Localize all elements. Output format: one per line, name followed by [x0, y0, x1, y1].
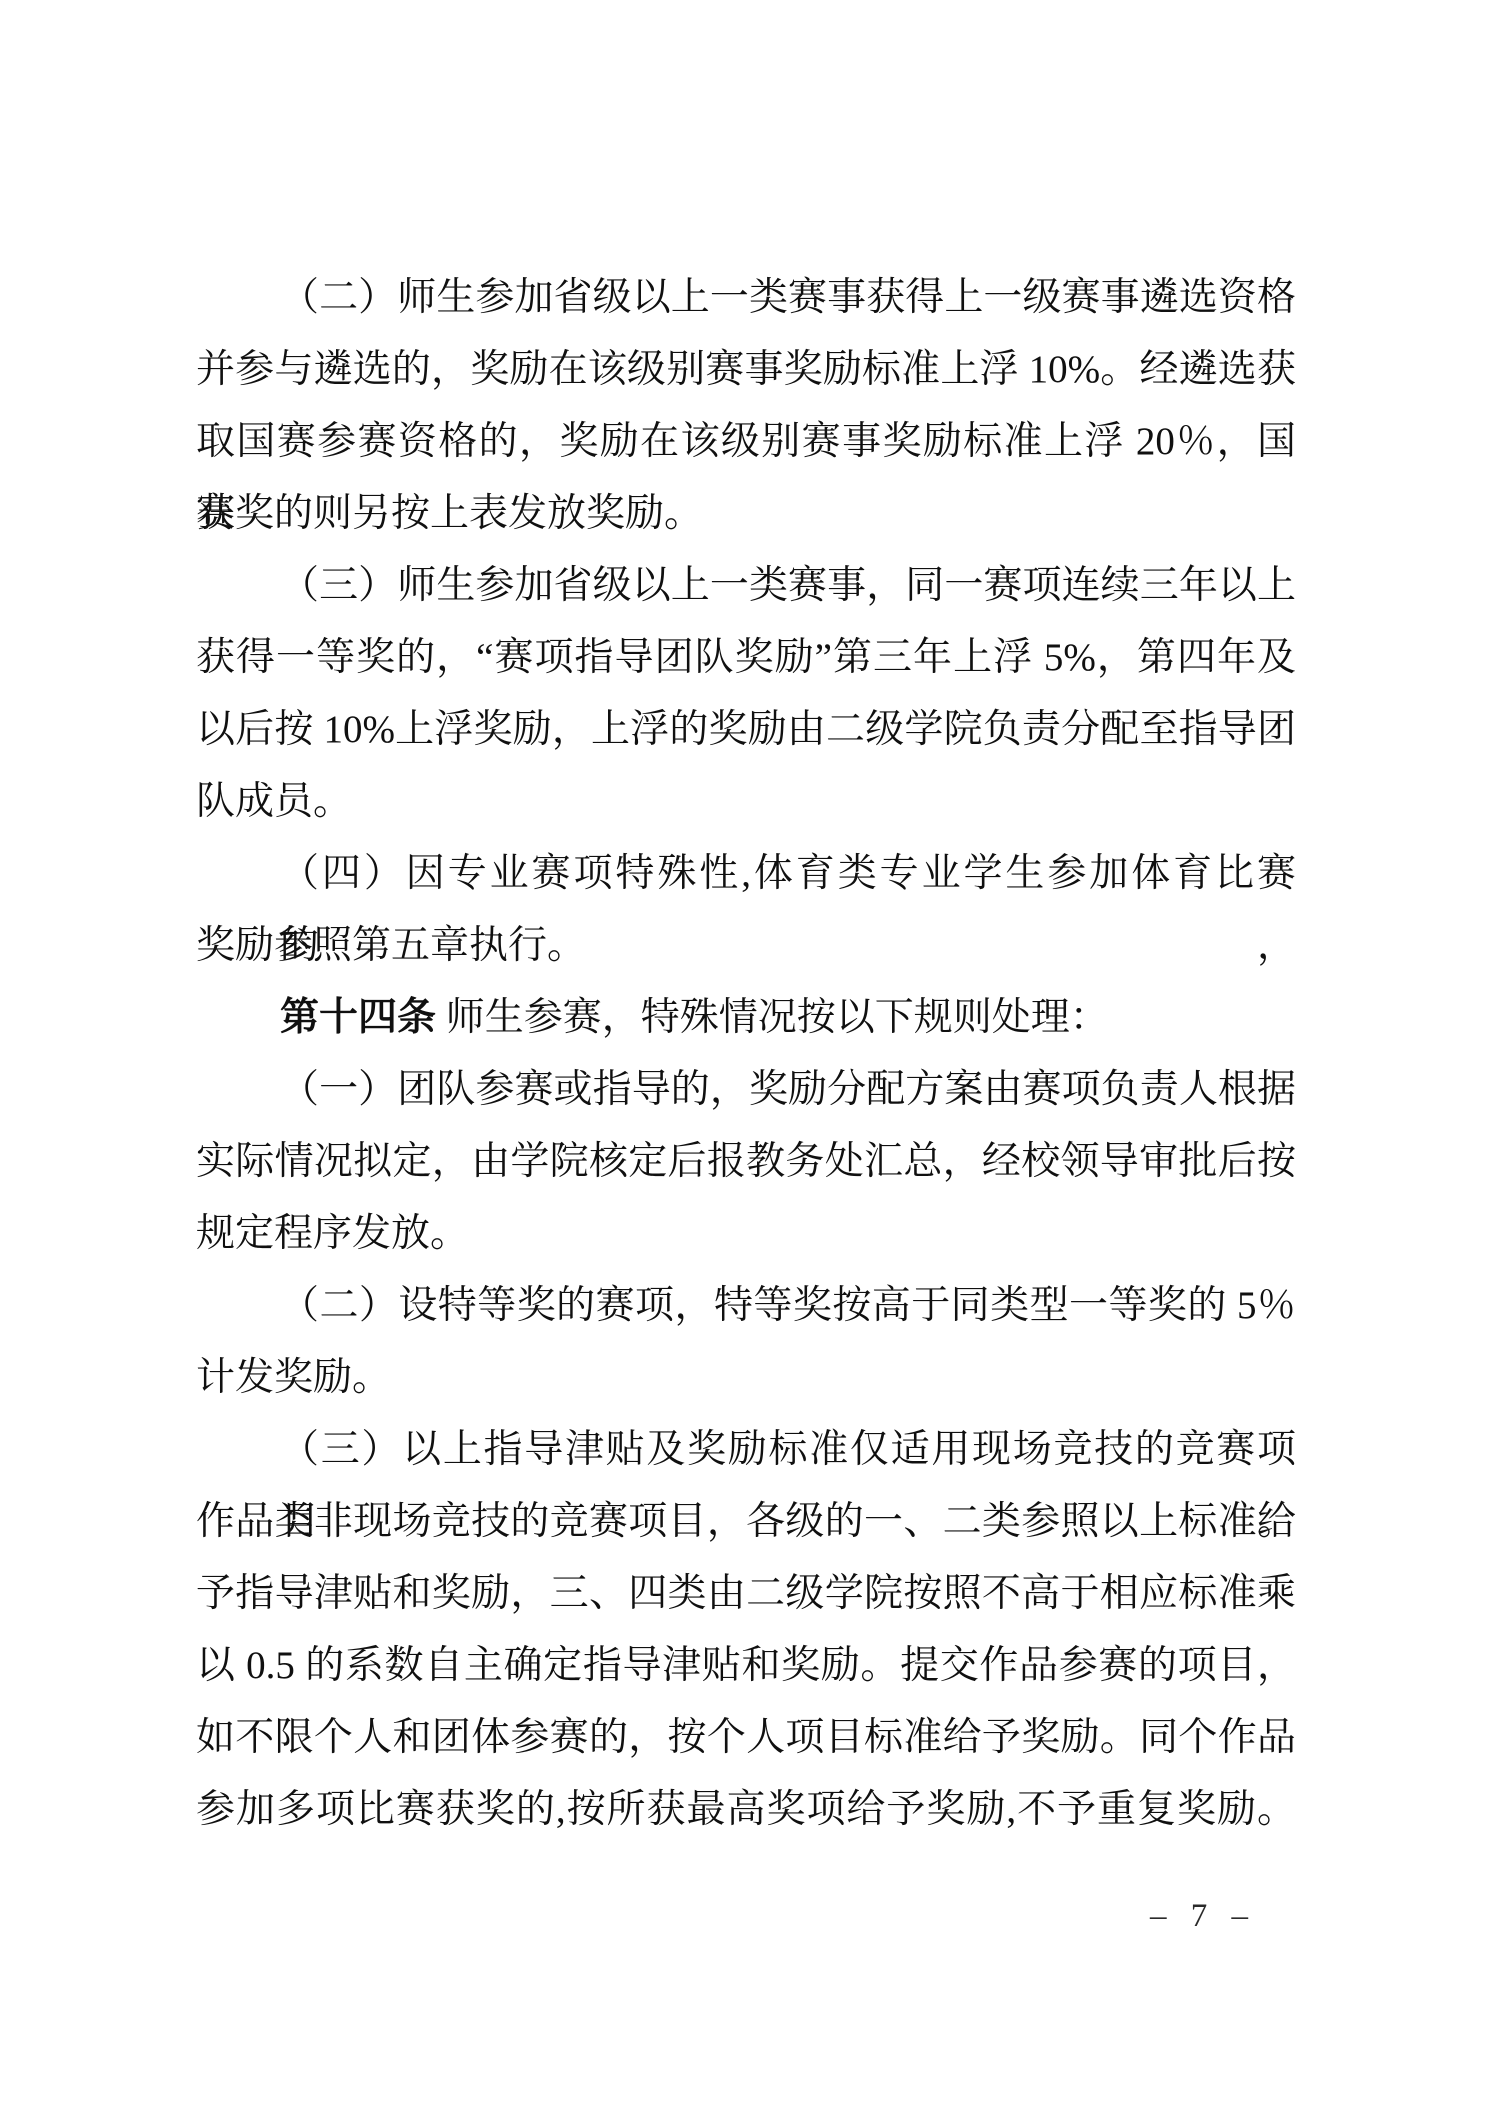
- document-line: 实际情况拟定，由学院核定后报教务处汇总，经校领导审批后按: [196, 1126, 1296, 1198]
- document-line: 计发奖励。: [196, 1342, 1296, 1414]
- document-line: 并参与遴选的，奖励在该级别赛事奖励标准上浮 10%。经遴选获: [196, 334, 1296, 406]
- document-line: （三）师生参加省级以上一类赛事，同一赛项连续三年以上: [196, 550, 1296, 622]
- document-line: （二）设特等奖的赛项，特等奖按高于同类型一等奖的 5％: [196, 1270, 1296, 1342]
- document-line: （二）师生参加省级以上一类赛事获得上一级赛事遴选资格: [196, 262, 1296, 334]
- document-line: （四）因专业赛项特殊性,体育类专业学生参加体育比赛的，: [196, 838, 1296, 910]
- document-line: 规定程序发放。: [196, 1198, 1296, 1270]
- document-body: （二）师生参加省级以上一类赛事获得上一级赛事遴选资格并参与遴选的，奖励在该级别赛…: [196, 262, 1296, 1846]
- document-line: 获得一等奖的，“赛项指导团队奖励”第三年上浮 5%，第四年及: [196, 622, 1296, 694]
- document-line: 取国赛参赛资格的，奖励在该级别赛事奖励标准上浮 20％，国赛: [196, 406, 1296, 478]
- document-line: 队成员。: [196, 766, 1296, 838]
- document-line: （一）团队参赛或指导的，奖励分配方案由赛项负责人根据: [196, 1054, 1296, 1126]
- document-line: 以后按 10%上浮奖励，上浮的奖励由二级学院负责分配至指导团: [196, 694, 1296, 766]
- article-number: 第十四条: [280, 996, 436, 1039]
- document-line: 第十四条 师生参赛，特殊情况按以下规则处理：: [196, 982, 1296, 1054]
- document-page: （二）师生参加省级以上一类赛事获得上一级赛事遴选资格并参与遴选的，奖励在该级别赛…: [0, 0, 1488, 2105]
- document-line: 以 0.5 的系数自主确定指导津贴和奖励。提交作品参赛的项目，: [196, 1630, 1296, 1702]
- page-number: – 7 –: [1150, 1898, 1256, 1935]
- document-line: 获奖的则另按上表发放奖励。: [196, 478, 1296, 550]
- document-line: 作品类非现场竞技的竞赛项目，各级的一、二类参照以上标准给: [196, 1486, 1296, 1558]
- document-line: 予指导津贴和奖励，三、四类由二级学院按照不高于相应标准乘: [196, 1558, 1296, 1630]
- document-line: （三）以上指导津贴及奖励标准仅适用现场竞技的竞赛项目。: [196, 1414, 1296, 1486]
- document-line: 如不限个人和团体参赛的，按个人项目标准给予奖励。同个作品: [196, 1702, 1296, 1774]
- document-line: 参加多项比赛获奖的,按所获最高奖项给予奖励,不予重复奖励。: [196, 1774, 1296, 1846]
